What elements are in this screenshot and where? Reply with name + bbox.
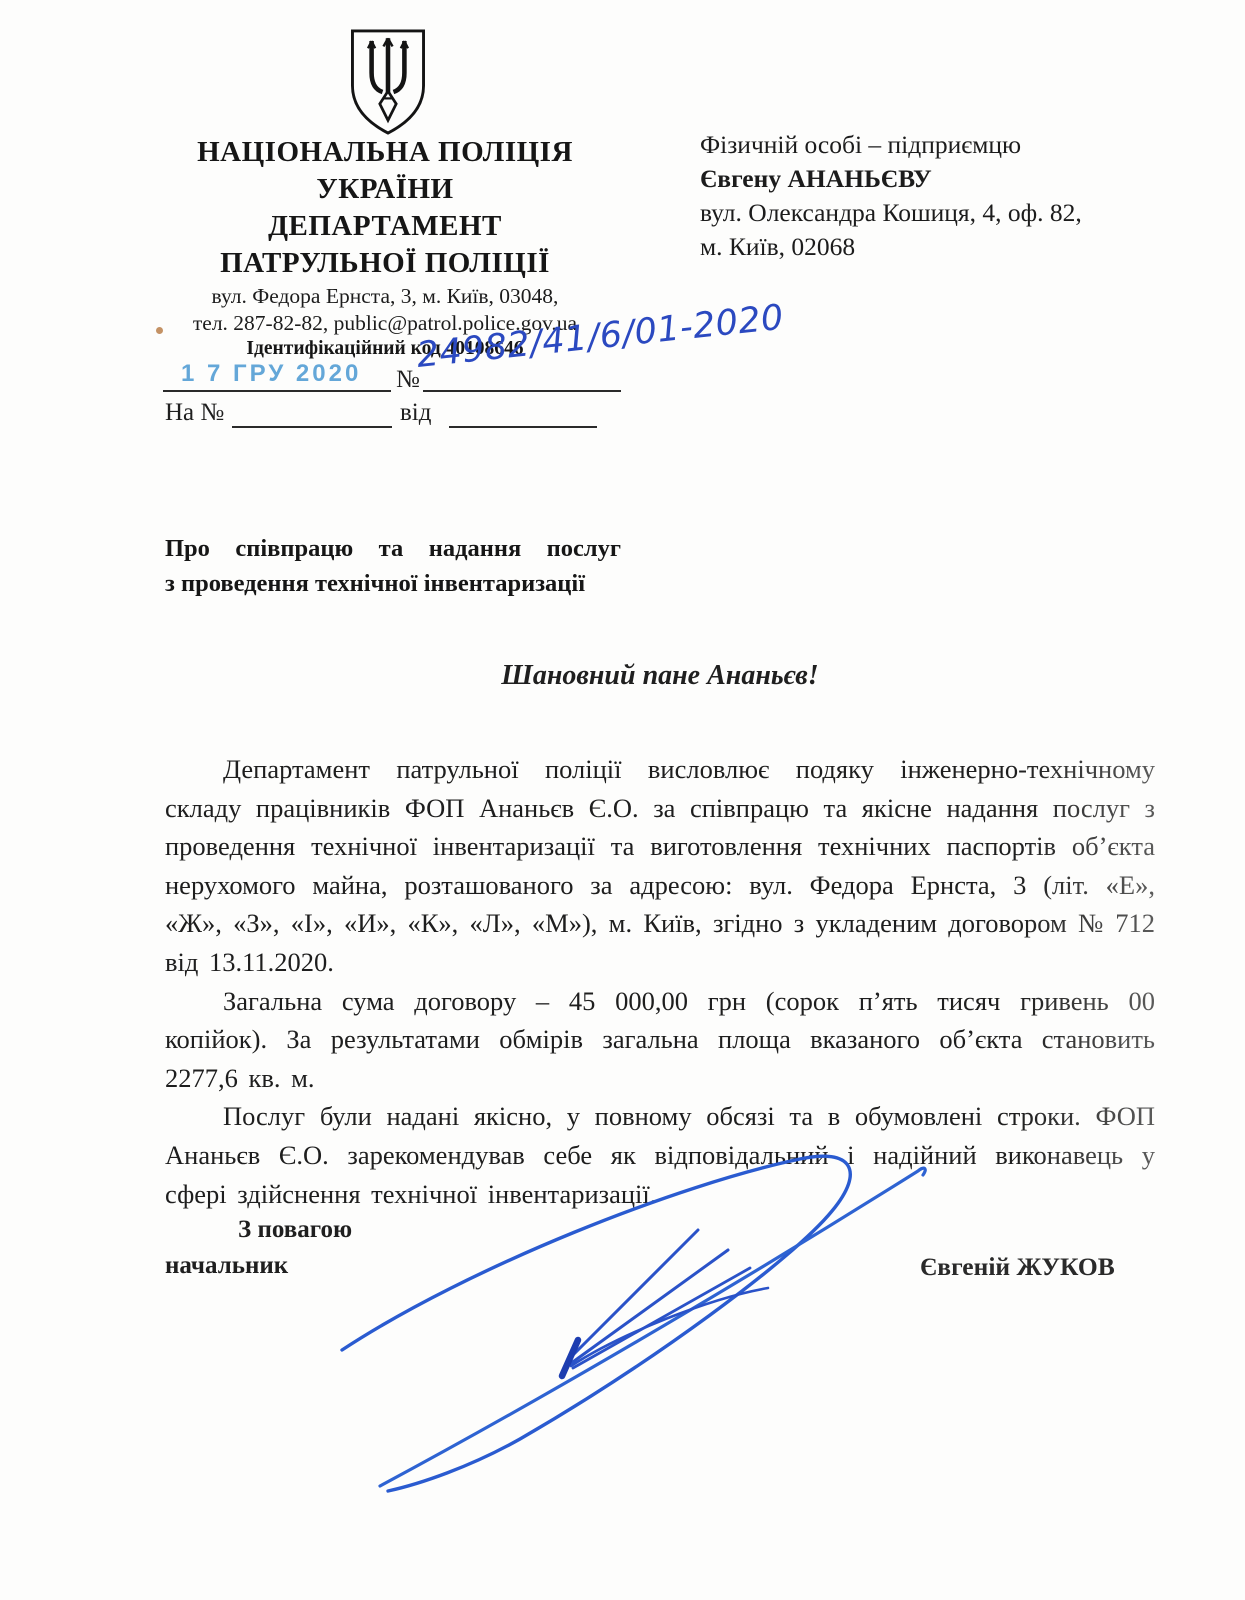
letter-page: НАЦІОНАЛЬНА ПОЛІЦІЯ УКРАЇНИ ДЕПАРТАМЕНТ … bbox=[0, 0, 1245, 1600]
signer-name: Євгеній ЖУКОВ bbox=[920, 1252, 1115, 1282]
recipient-address-line1: вул. Олександра Кошиця, 4, оф. 82, bbox=[700, 196, 1170, 230]
signer-position: начальник bbox=[165, 1252, 288, 1280]
letter-body: Департамент патрульної поліції висловлює… bbox=[165, 750, 1155, 1213]
date-underline bbox=[163, 390, 391, 392]
number-underline bbox=[423, 390, 621, 392]
regards-label: З повагою bbox=[238, 1216, 352, 1244]
reply-date-underline bbox=[449, 426, 597, 428]
org-address-line1: вул. Федора Ернста, 3, м. Київ, 03048, bbox=[130, 283, 640, 310]
reply-to-label: На № bbox=[165, 399, 224, 427]
reply-date-label: від bbox=[400, 399, 431, 427]
org-line: ДЕПАРТАМЕНТ bbox=[130, 208, 640, 245]
trident-coat-of-arms-icon bbox=[347, 26, 429, 138]
org-line: ПАТРУЛЬНОЇ ПОЛІЦІЇ bbox=[130, 245, 640, 282]
recipient-name: Євгену АНАНЬЄВУ bbox=[700, 162, 1170, 196]
recipient-block: Фізичній особі – підприємцю Євгену АНАНЬ… bbox=[700, 128, 1170, 264]
scan-artifact-dot bbox=[156, 327, 163, 334]
body-paragraph-1: Департамент патрульної поліції висловлює… bbox=[165, 750, 1155, 982]
subject-line2: з проведення технічної інвентаризації bbox=[165, 566, 621, 601]
date-stamp: 1 7 ГРУ 2020 bbox=[181, 360, 361, 388]
subject-block: Про співпрацю та надання послуг з провед… bbox=[165, 531, 621, 601]
reply-number-underline bbox=[232, 426, 392, 428]
salutation: Шановний пане Ананьєв! bbox=[165, 660, 1155, 692]
organization-name: НАЦІОНАЛЬНА ПОЛІЦІЯ УКРАЇНИ ДЕПАРТАМЕНТ … bbox=[130, 134, 640, 282]
recipient-type: Фізичній особі – підприємцю bbox=[700, 128, 1170, 162]
org-line: УКРАЇНИ bbox=[130, 171, 640, 208]
subject-line1: Про співпрацю та надання послуг bbox=[165, 531, 621, 566]
body-paragraph-3: Послуг були надані якісно, у повному обс… bbox=[165, 1097, 1155, 1213]
number-sign: № bbox=[396, 366, 420, 394]
org-line: НАЦІОНАЛЬНА ПОЛІЦІЯ bbox=[130, 134, 640, 171]
recipient-address-line2: м. Київ, 02068 bbox=[700, 230, 1170, 264]
body-paragraph-2: Загальна сума договору – 45 000,00 грн (… bbox=[165, 982, 1155, 1098]
